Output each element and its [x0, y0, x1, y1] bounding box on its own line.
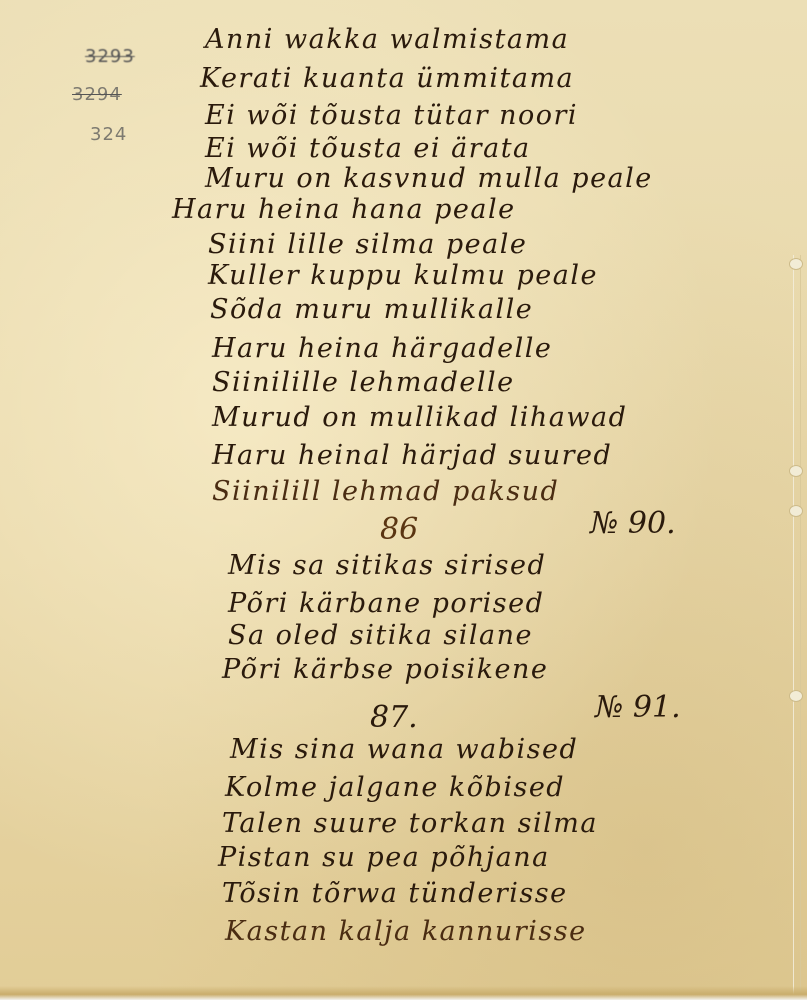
verse-line: Siinilille lehmadelle	[212, 367, 515, 398]
verse-line: Kolme jalgane kõbised	[225, 772, 565, 803]
manuscript-page: 3293 3294 324 Anni wakka walmistama Kera…	[0, 0, 807, 1000]
binding-knot	[789, 505, 803, 517]
binding-thread	[793, 255, 801, 995]
verse-line: Haru heina hana peale	[172, 194, 516, 225]
verse-line: Haru heinal härjad suured	[212, 440, 612, 471]
riddle-number: 86	[380, 512, 418, 547]
verse-line: Kuller kuppu kulmu peale	[208, 260, 598, 291]
verse-line: Kerati kuanta ümmitama	[200, 63, 574, 94]
verse-line: Mis sa sitikas sirised	[228, 550, 546, 581]
archive-number: № 90.	[590, 506, 676, 541]
verse-line: Põri kärbse poisikene	[222, 654, 548, 685]
verse-line: Anni wakka walmistama	[205, 24, 569, 55]
verse-line: Sõda muru mullikalle	[210, 294, 533, 325]
verse-line: Murud on mullikad lihawad	[212, 402, 627, 433]
verse-line: Tõsin tõrwa tünderisse	[222, 878, 568, 909]
page-bottom-edge	[0, 986, 807, 1000]
verse-line: Pistan su pea põhjana	[218, 842, 550, 873]
verse-line: Siinilill lehmad paksud	[212, 476, 559, 507]
margin-number-struck-2: 3294	[72, 84, 122, 105]
verse-line: Sa oled sitika silane	[228, 620, 533, 651]
archive-number: № 91.	[595, 690, 681, 725]
verse-line: Mis sina wana wabised	[230, 734, 578, 765]
verse-line: Haru heina härgadelle	[212, 333, 552, 364]
margin-number-current: 324	[90, 124, 127, 145]
binding-knot	[789, 690, 803, 702]
verse-line: Kastan kalja kannurisse	[225, 916, 587, 947]
verse-line: Talen suure torkan silma	[222, 808, 598, 839]
binding-knot	[789, 258, 803, 270]
margin-number-struck-1: 3293	[85, 46, 135, 67]
verse-line: Muru on kasvnud mulla peale	[205, 163, 653, 194]
verse-line: Siini lille silma peale	[208, 229, 527, 260]
verse-line: Ei wõi tõusta tütar noori	[205, 100, 578, 131]
verse-line: Ei wõi tõusta ei ärata	[205, 133, 531, 164]
binding-knot	[789, 465, 803, 477]
verse-line: Põri kärbane porised	[228, 588, 544, 619]
riddle-number: 87.	[370, 700, 418, 735]
